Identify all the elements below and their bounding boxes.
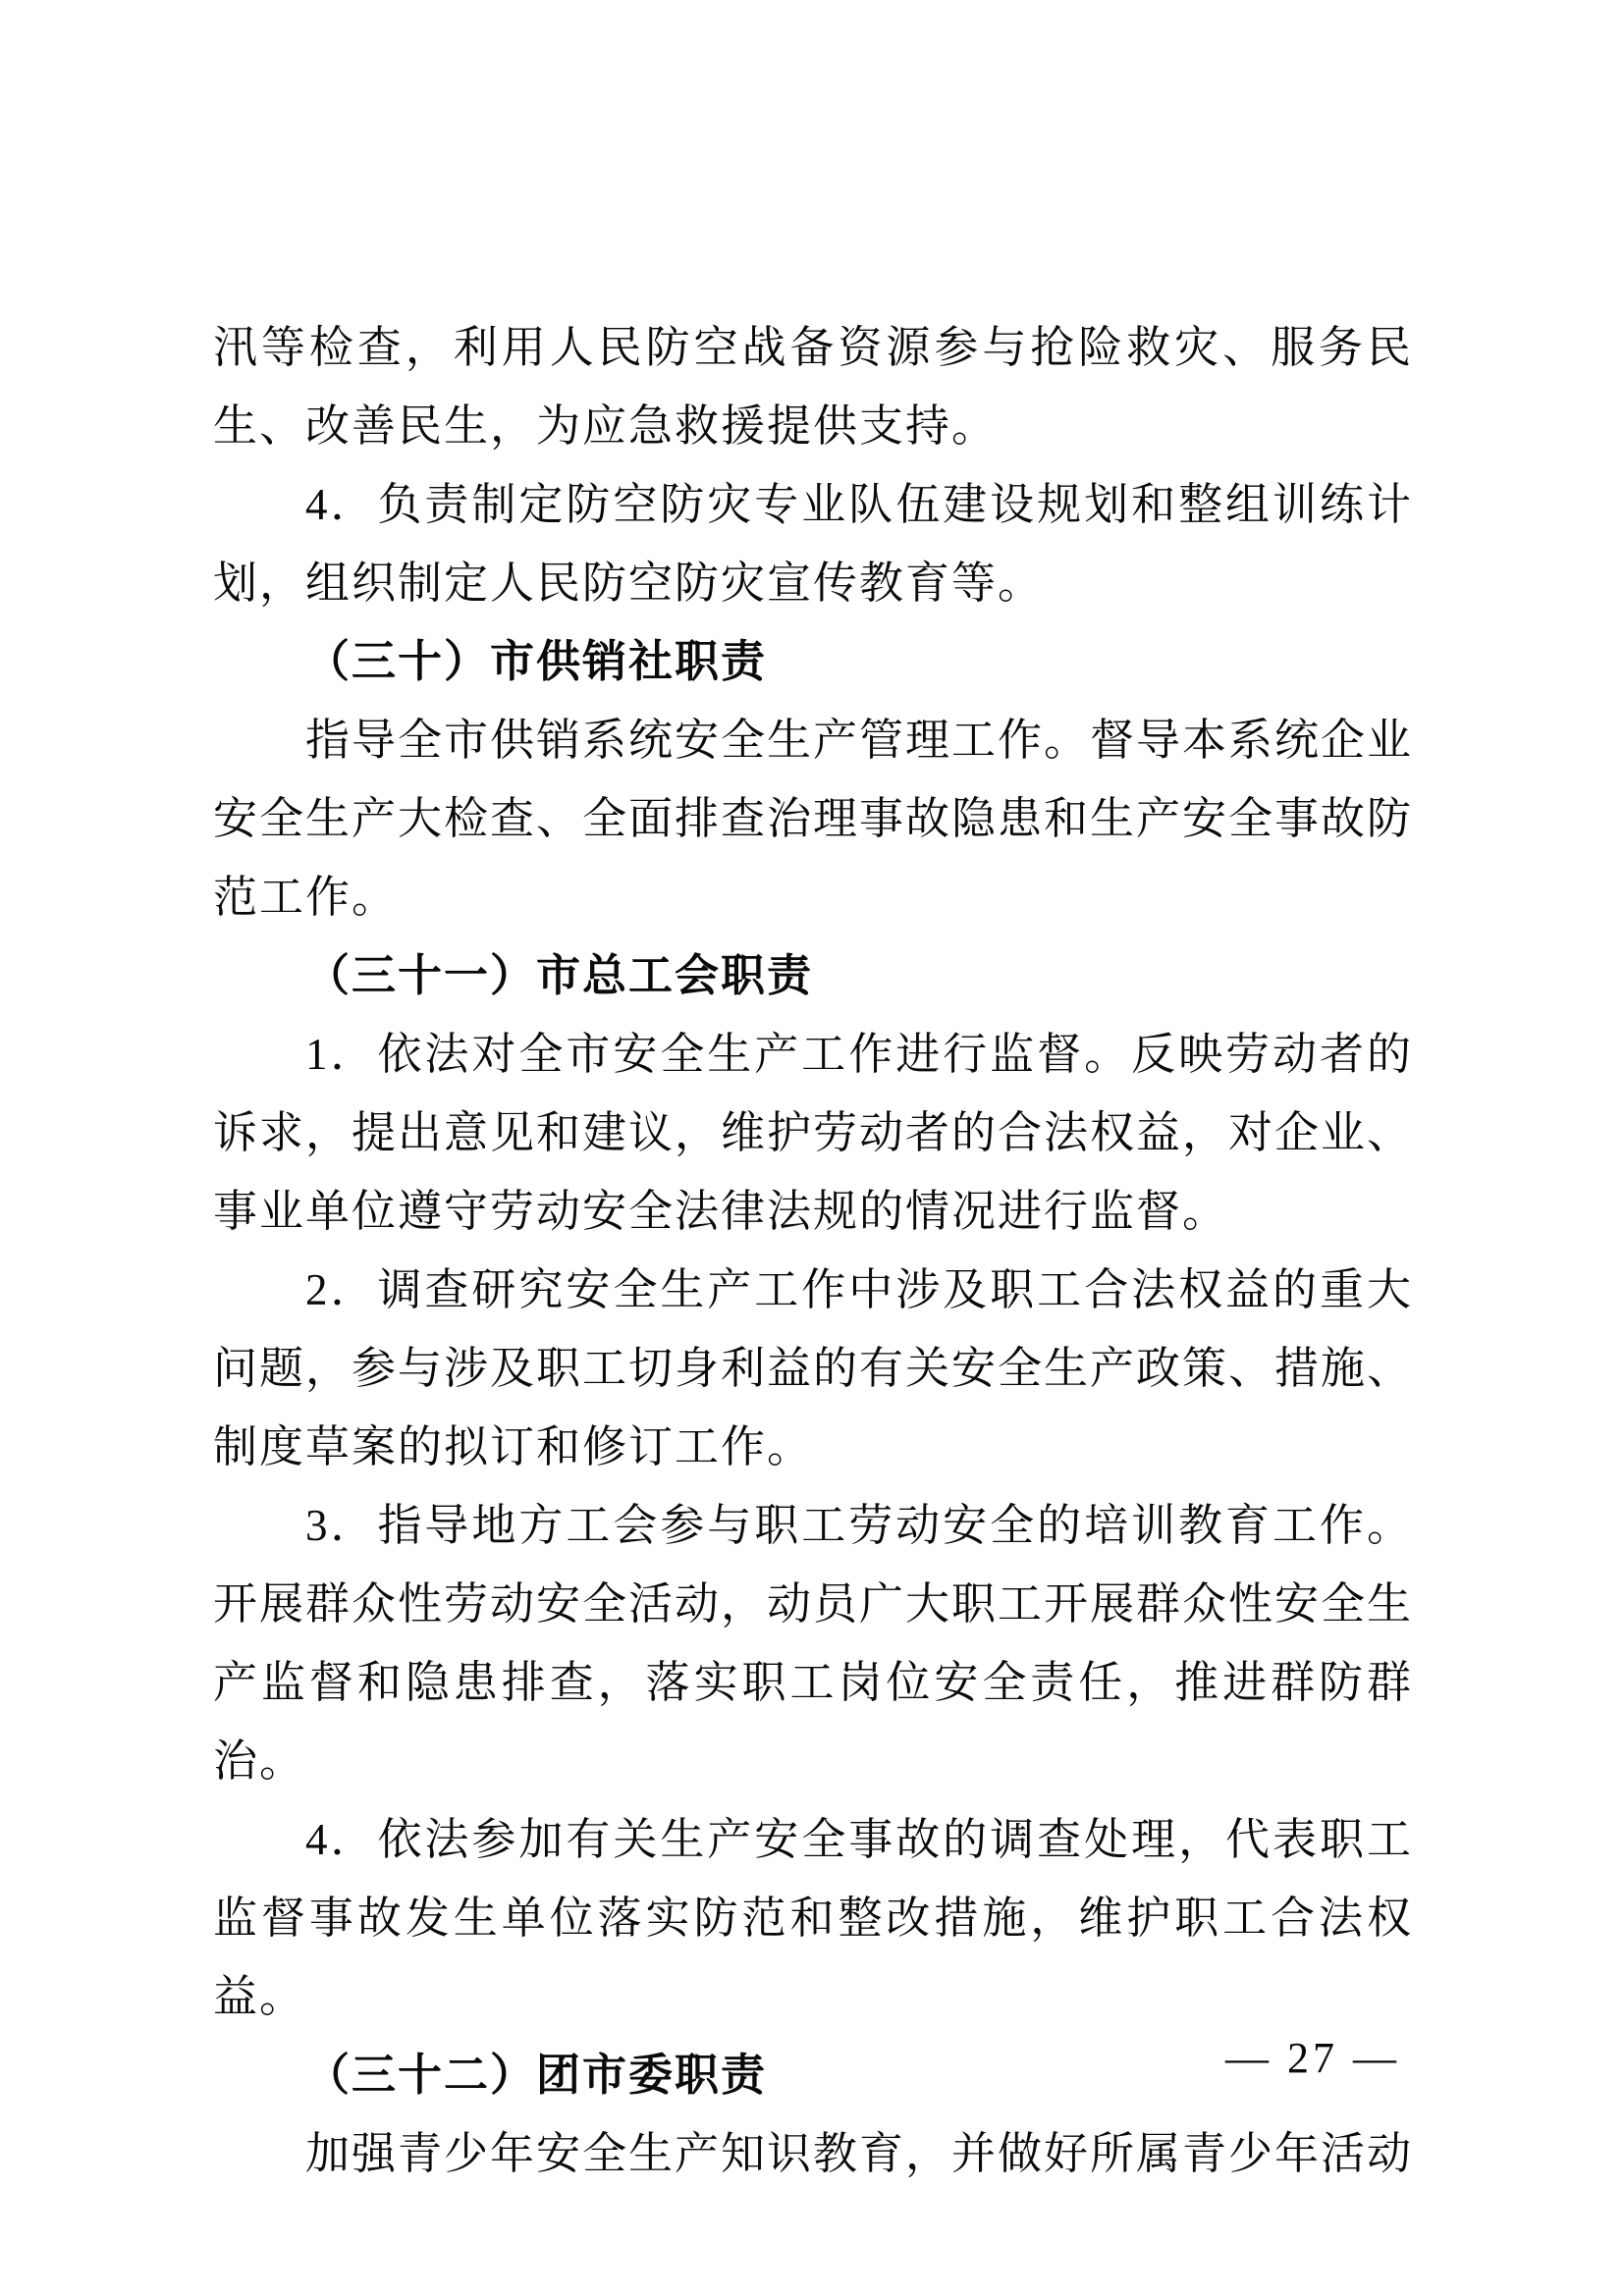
paragraph-union-item-1: 1．依法对全市安全生产工作进行监督。反映劳动者的诉求，提出意见和建议，维护劳动者… <box>213 1015 1413 1251</box>
section-heading-30: （三十）市供销社职责 <box>213 622 1413 701</box>
paragraph-supply-cooperative: 指导全市供销系统安全生产管理工作。督导本系统企业安全生产大检查、全面排查治理事故… <box>213 701 1413 936</box>
document-body: 汛等检查，利用人民防空战备资源参与抢险救灾、服务民生、改善民生，为应急救援提供支… <box>213 308 1413 2193</box>
paragraph-youth-league: 加强青少年安全生产知识教育，并做好所属青少年活动 <box>213 2114 1413 2193</box>
page-footer: — 27 — <box>1225 2034 1400 2083</box>
paragraph-continuation: 汛等检查，利用人民防空战备资源参与抢险救灾、服务民生、改善民生，为应急救援提供支… <box>213 308 1413 465</box>
paragraph-item-4-civil-defense: 4．负责制定防空防灾专业队伍建设规划和整组训练计划，组织制定人民防空防灾宣传教育… <box>213 465 1413 622</box>
paragraph-union-item-4: 4．依法参加有关生产安全事故的调查处理，代表职工监督事故发生单位落实防范和整改措… <box>213 1800 1413 2036</box>
document-page: 汛等检查，利用人民防空战备资源参与抢险救灾、服务民生、改善民生，为应急救援提供支… <box>0 0 1624 2296</box>
paragraph-union-item-2: 2．调查研究安全生产工作中涉及职工合法权益的重大问题，参与涉及职工切身利益的有关… <box>213 1251 1413 1486</box>
paragraph-union-item-3: 3．指导地方工会参与职工劳动安全的培训教育工作。开展群众性劳动安全活动，动员广大… <box>213 1486 1413 1800</box>
section-heading-31: （三十一）市总工会职责 <box>213 936 1413 1015</box>
page-number: — 27 — <box>1225 2034 1400 2082</box>
